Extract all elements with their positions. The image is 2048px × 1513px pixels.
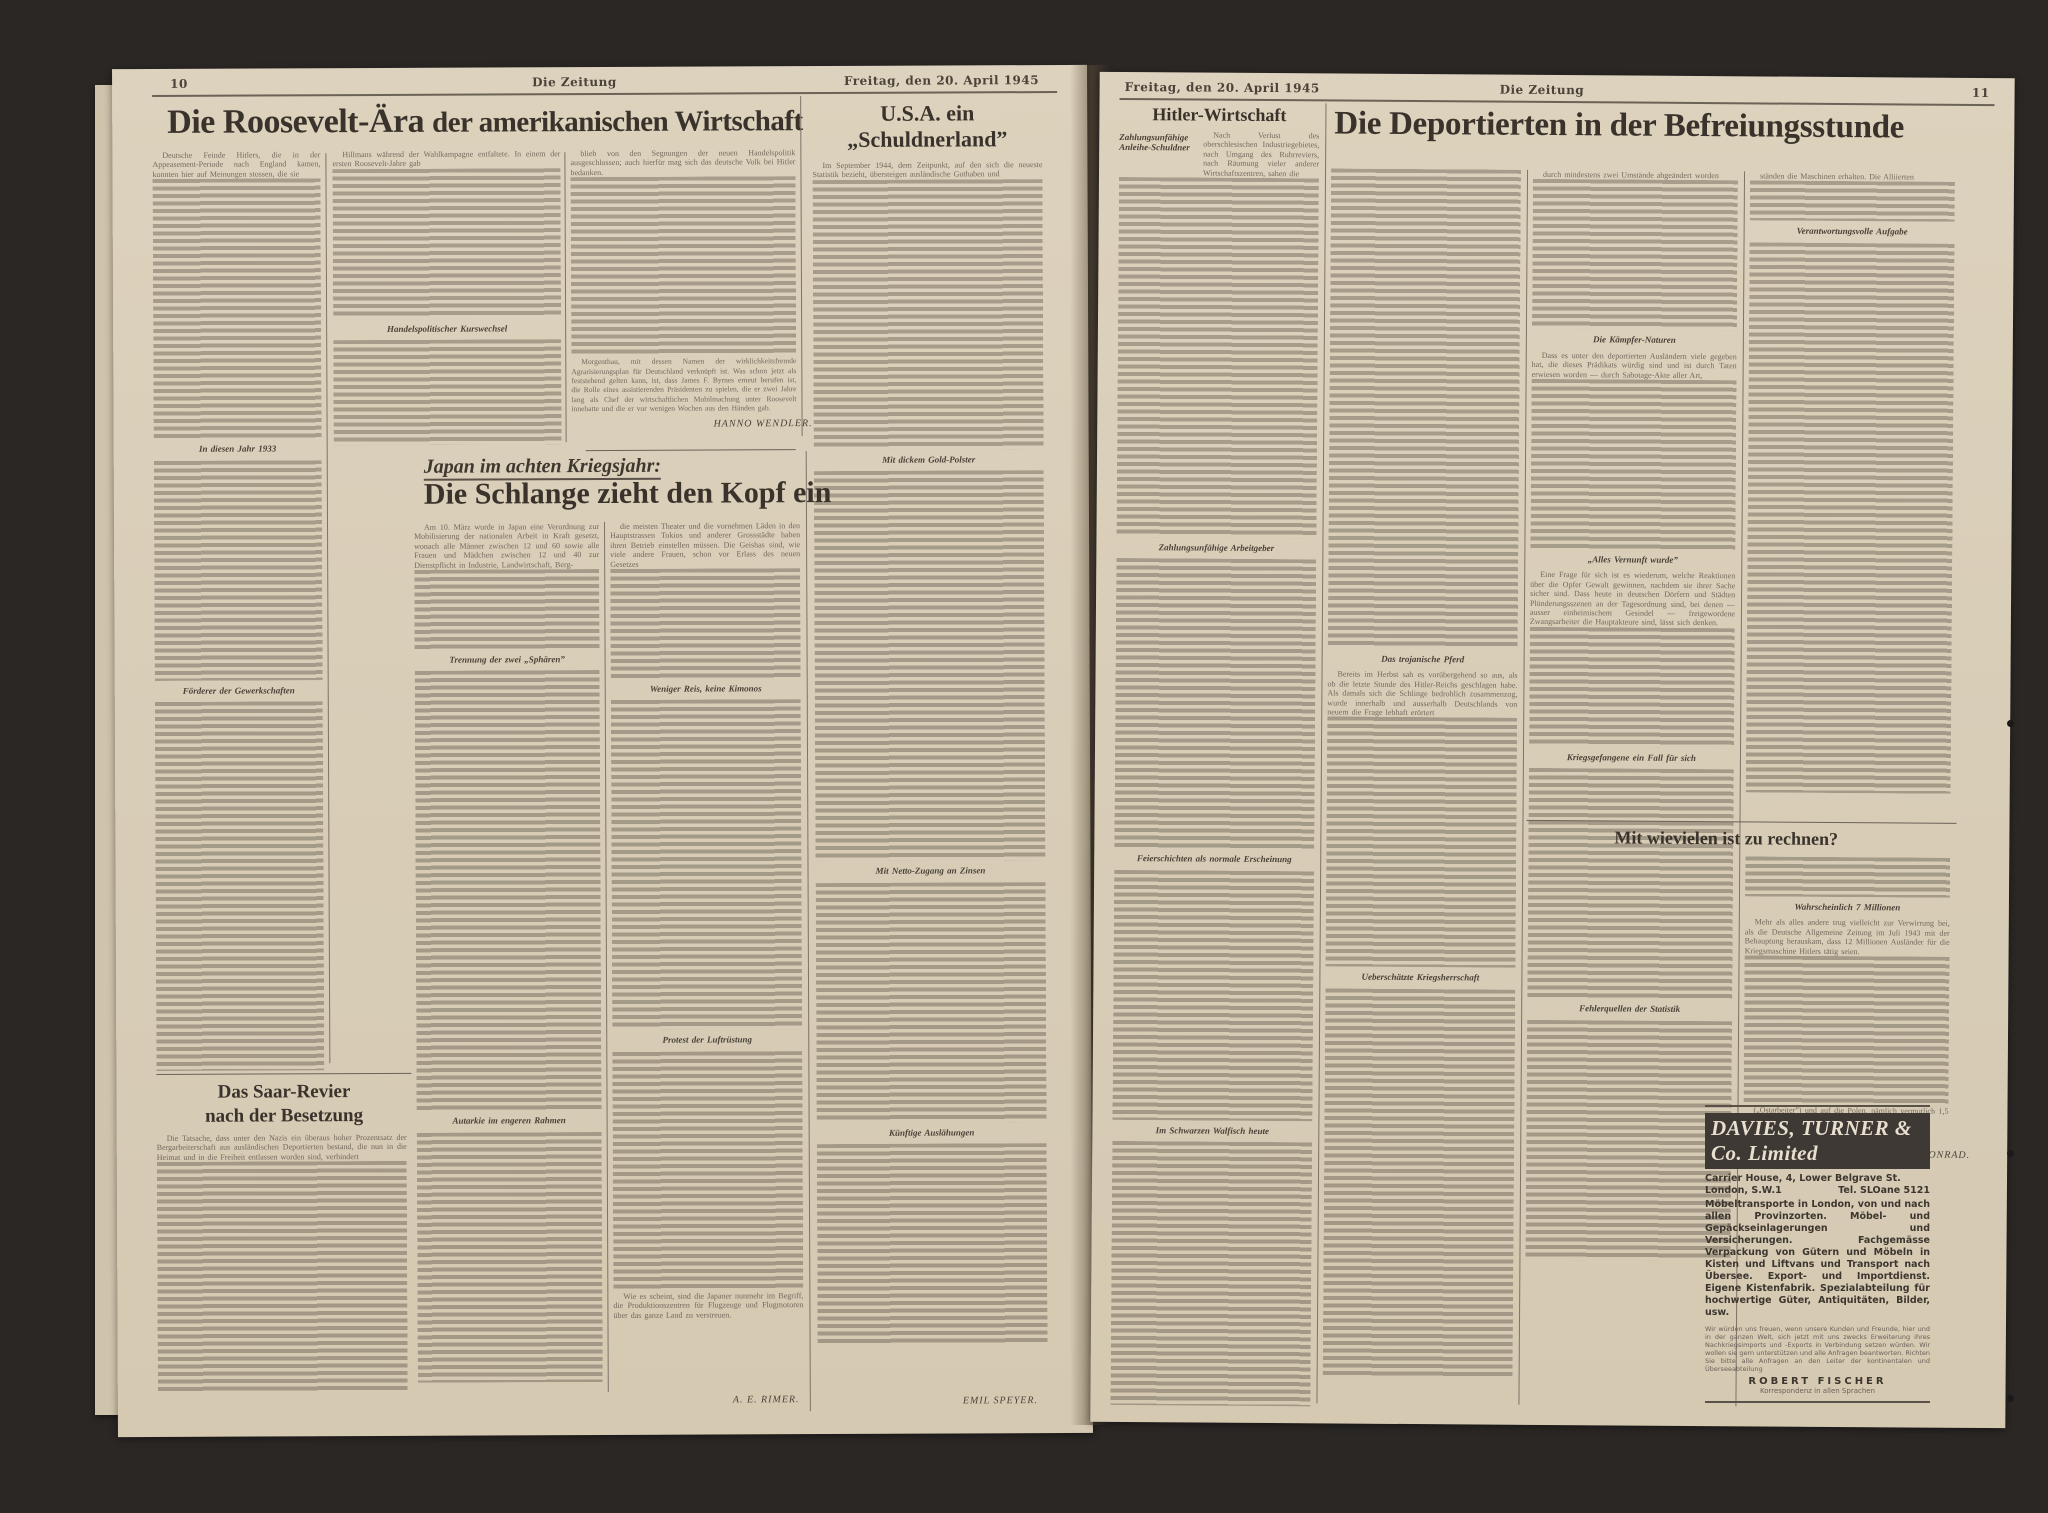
byline-wendler: HANNO WENDLER. [714,418,813,429]
deportees-column-3: ständen die Maschinen erhalten. Die Alli… [1746,171,1956,822]
masthead: Die Zeitung [532,75,617,89]
wieviele-headline: Mit wievielen ist zu rechnen? [1614,827,1838,850]
saar-headline: Das Saar-Revier nach der Besetzung [156,1080,411,1129]
left-folio: 10 Die Zeitung Freitag, den 20. April 19… [152,73,1057,97]
subhead: Handelspolitischer Kurswechsel [333,324,561,334]
ad-phone: Tel. SLOane 5121 [1838,1185,1930,1197]
roosevelt-headline: Die Roosevelt-Ära der amerikanischen Wir… [167,101,803,142]
left-page: 10 Die Zeitung Freitag, den 20. April 19… [112,65,1093,1437]
newspaper-spread: 10 Die Zeitung Freitag, den 20. April 19… [95,55,2010,1435]
subhead: Künftige Auslähungen [817,1128,1047,1138]
divider [1705,1105,1930,1107]
subhead: Das trojanische Pferd [1328,654,1518,665]
divider [156,1073,411,1075]
hitler-column-2: Das trojanische Pferd Bereits im Herbst … [1322,168,1521,1404]
saar-article-body: Die Tatsache, dass unter den Nazis ein ü… [157,1133,408,1409]
subhead: Ueberschätzte Kriegsherrschaft [1325,973,1515,984]
ad-body: Möbeltransporte in London, von und nach … [1705,1199,1930,1319]
subhead: Kriegsgefangene ein Fall für sich [1529,753,1734,764]
page-number: 11 [1972,86,1990,100]
subhead: Wahrscheinlich 7 Millionen [1745,902,1950,913]
byline-rimer: A. E. RIMER. [733,1394,800,1405]
ad-contact-name: ROBERT FISCHER [1705,1376,1930,1387]
deportees-headline: Die Deportierten in der Befreiungsstunde [1334,105,1904,146]
japan-column-1: Am 10. März wurde in Japan eine Verordnu… [414,522,603,1393]
subhead: Fehlerquellen der Statistik [1527,1004,1732,1015]
divider [1705,1401,1930,1403]
roosevelt-column-1: Deutsche Feinde Hitlers, die in der Appe… [152,150,324,1071]
subhead: Protest der Luftrüstung [612,1036,802,1046]
column-rule [604,522,609,1392]
subhead: Förderer der Gewerkschaften [155,686,323,696]
issue-date: Freitag, den 20. April 1945 [844,73,1039,88]
subhead: Trennung der zwei „Sphären” [415,655,600,665]
column-rule [806,451,811,1411]
punch-hole [2007,1395,2014,1402]
subhead: Verantwortungsvolle Aufgabe [1750,227,1955,238]
ad-city-phone: London, S.W.1 Tel. SLOane 5121 [1705,1185,1930,1197]
column-rule [325,153,330,1063]
davies-turner-advertisement: DAVIES, TURNER & Co. Limited Carrier Hou… [1705,1105,1930,1403]
ad-small-print: Wir würden uns freuen, wenn unsere Kunde… [1705,1325,1930,1373]
subhead: Feierschichten als normale Erscheinung [1114,854,1314,865]
column-rule [564,152,566,442]
subhead: Weniger Reis, keine Kimonos [611,684,801,694]
hitler-column-1: Nach Verlust des oberschlesischen Indust… [1110,130,1319,1406]
usa-article-body: Im September 1944, dem Zeitpunkt, auf de… [812,160,1047,1401]
column-rule [800,96,802,436]
page-number: 10 [170,77,188,91]
headline-part1: Die Roosevelt-Ära [167,103,424,141]
usa-headline: U.S.A. ein „Schuldnerland” [812,100,1042,153]
right-folio: Freitag, den 20. April 1945 Die Zeitung … [1120,80,1995,106]
punch-hole [2007,1150,2014,1157]
divider [586,449,796,451]
subhead: Mit Netto-Zugang an Zinsen [816,866,1046,876]
ad-address: Carrier House, 4, Lower Belgrave St. [1705,1173,1930,1185]
ad-logo: DAVIES, TURNER & Co. Limited [1705,1113,1930,1169]
headline-part2: der amerikanischen Wirtschaft [432,105,803,139]
roosevelt-column-2: Hillmans während der Wahlkampagne entfal… [332,149,561,445]
subhead: Die Kämpfer-Naturen [1532,335,1737,346]
roosevelt-column-3: blieb von den Segnungen der neuen Handel… [570,148,796,414]
issue-date: Freitag, den 20. April 1945 [1125,80,1320,95]
subhead: Im Schwarzen Walfisch heute [1112,1126,1312,1137]
japan-column-2: die meisten Theater und die vornehmen Lä… [610,521,804,1382]
byline-speyer: EMIL SPEYER. [963,1395,1038,1406]
subhead: Autarkie im engeren Rahmen [417,1116,602,1126]
hitler-headline: Hitler-Wirtschaft [1119,104,1319,126]
japan-headline: Die Schlange zieht den Kopf ein [424,476,832,512]
masthead: Die Zeitung [1500,83,1585,98]
subhead: In diesen Jahr 1933 [154,444,322,454]
subhead: Zahlungsunfähige Arbeitgeber [1116,543,1316,554]
punch-hole [2007,720,2014,727]
ad-contact-sub: Korrespondenz in allen Sprachen [1705,1387,1930,1395]
subhead: Mit dickem Gold-Polster [814,455,1044,465]
subhead: „Alles Vernunft wurde” [1530,555,1735,566]
